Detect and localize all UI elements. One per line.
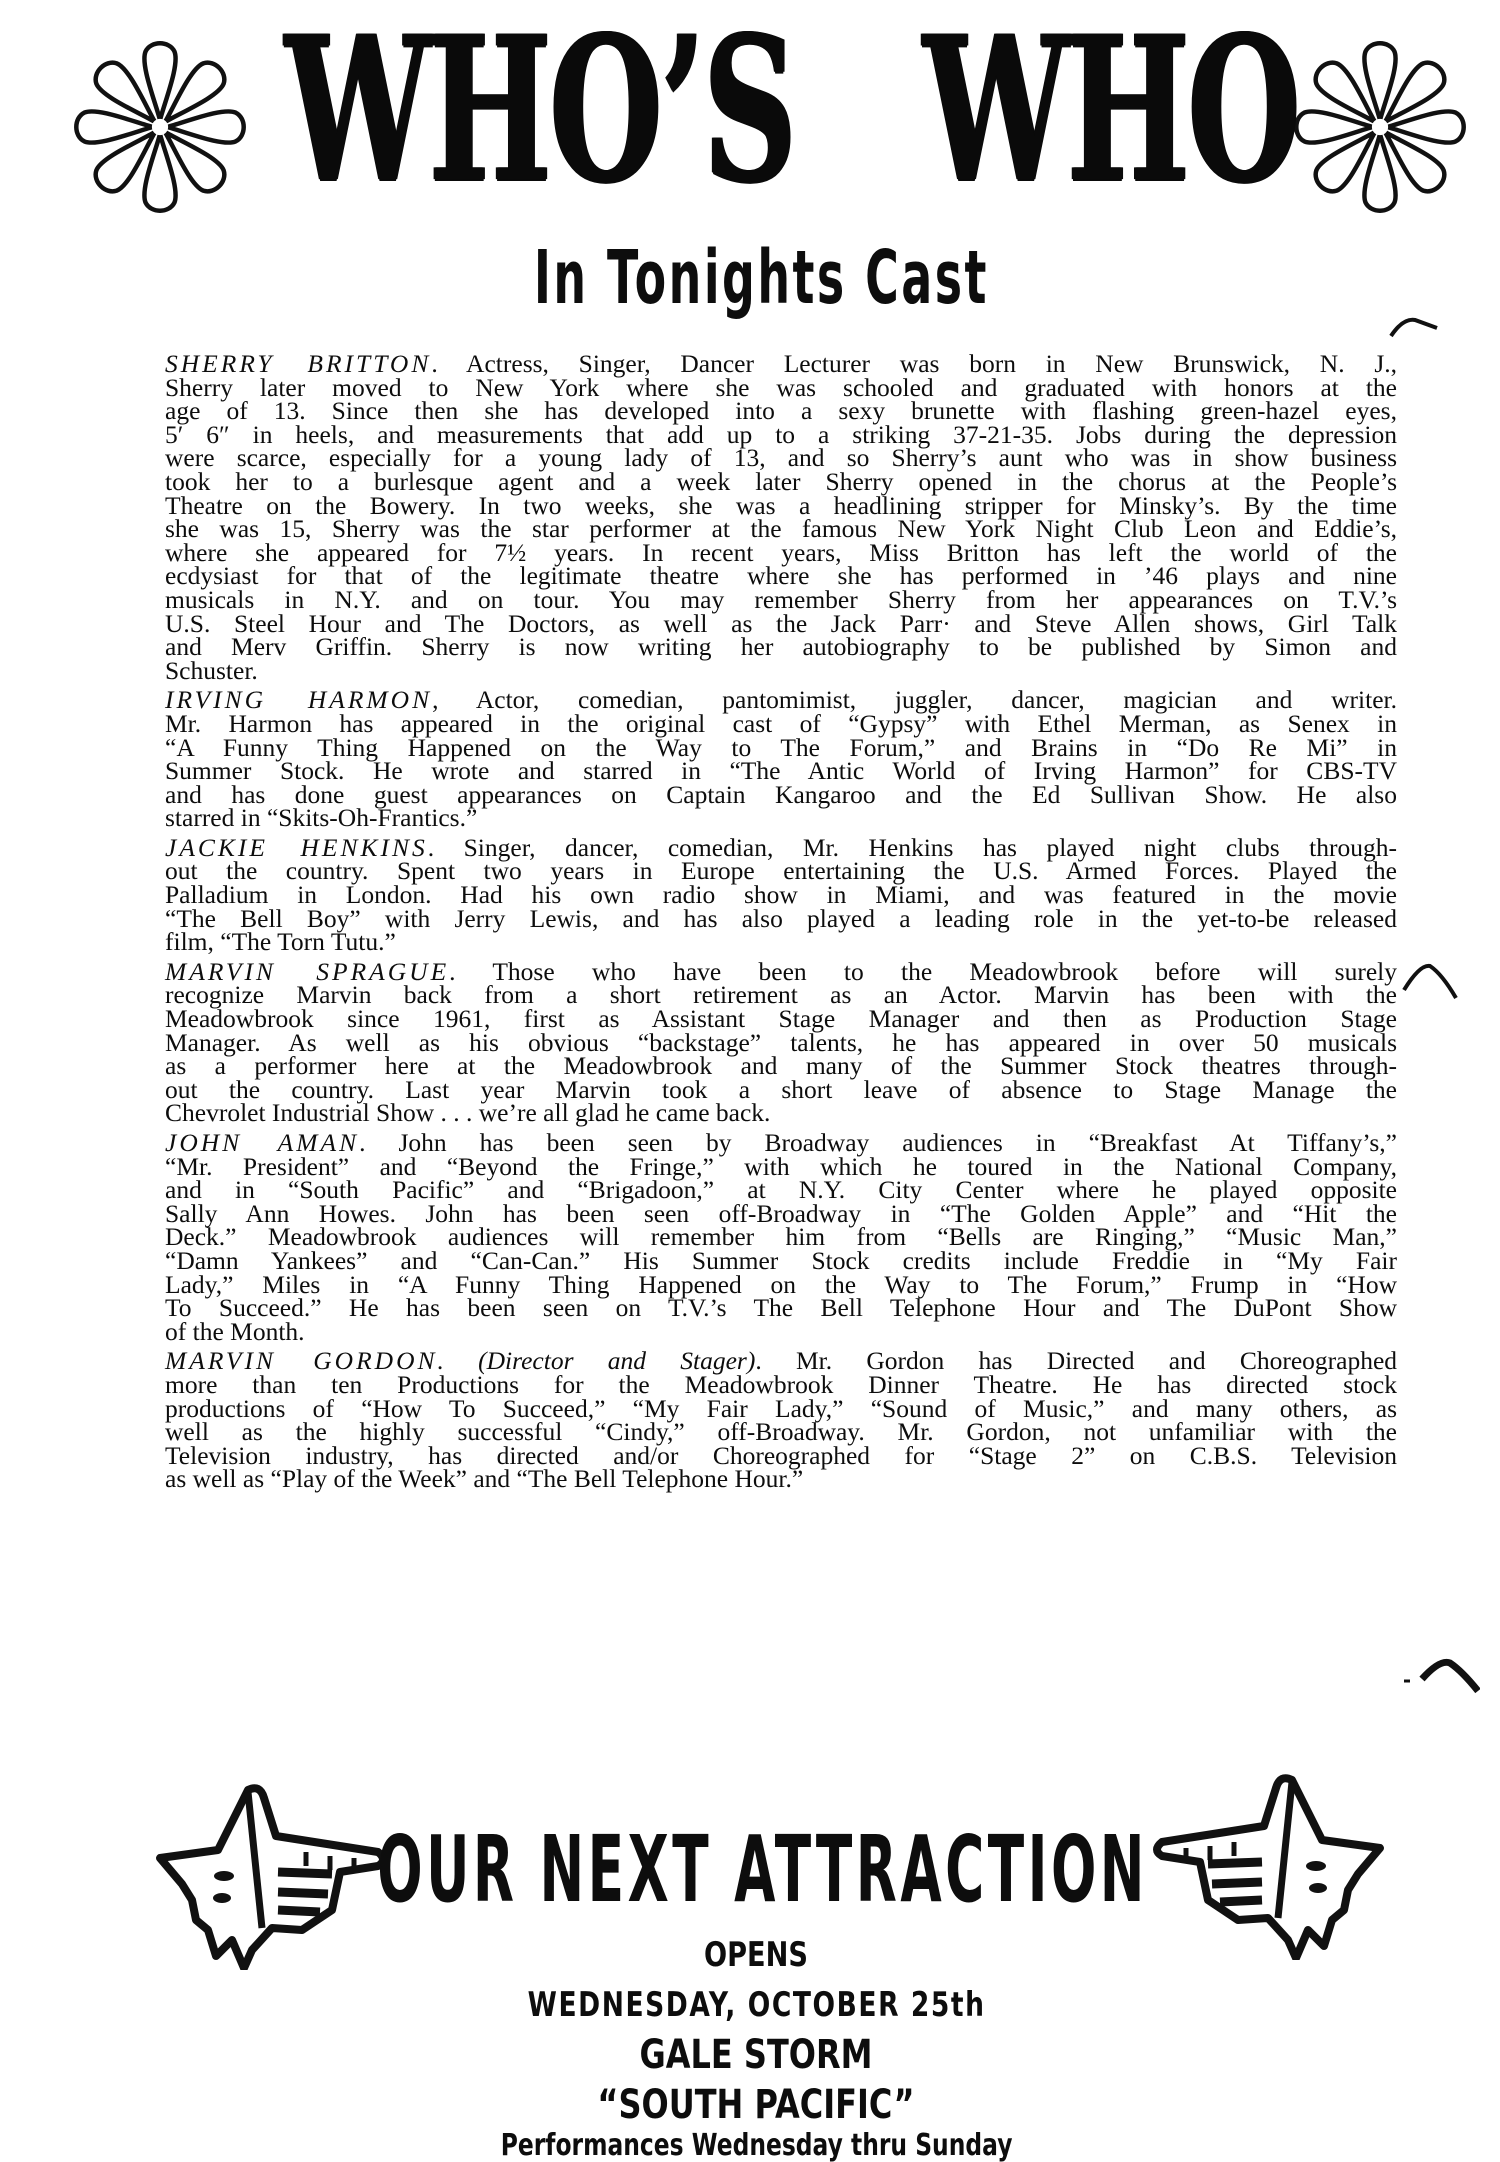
print-mark: [1385, 312, 1445, 342]
bio-line: starred in “Skits-Oh-Frantics.”: [165, 806, 1397, 830]
bio-text: as well as “Play of the Week” and “The B…: [165, 1464, 803, 1493]
star-name: GALE STORM: [156, 2032, 1356, 2078]
print-mark: [1400, 960, 1460, 1000]
bio-text: of the Month.: [165, 1317, 305, 1346]
bio-text: starred in “Skits-Oh-Frantics.”: [165, 803, 477, 832]
bio-entry: SHERRY BRITTON. Actress, Singer, Dancer …: [165, 352, 1397, 682]
bio-line: film, “The Torn Tutu.”: [165, 930, 1397, 954]
flower-icon: [70, 37, 250, 217]
bio-line: Chevrolet Industrial Show . . . we’re al…: [165, 1101, 1397, 1125]
show-title: “SOUTH PACIFIC”: [156, 2082, 1356, 2128]
next-attraction-heading: OUR NEXT ATTRACTION: [328, 1820, 1198, 1920]
bio-line: and Merv Griffin. Sherry is now writing …: [165, 635, 1397, 659]
bio-entry: JOHN AMAN. John has been seen by Broadwa…: [165, 1131, 1397, 1343]
bio-entry: JACKIE HENKINS. Singer, dancer, comedian…: [165, 836, 1397, 954]
print-mark: [1400, 1655, 1480, 1695]
bio-line: of the Month.: [165, 1320, 1397, 1344]
page-subtitle: In Tonights Cast: [296, 238, 1226, 318]
bio-text: To Succeed.” He has been seen on T.V.’s …: [165, 1293, 1397, 1322]
flower-icon: [1290, 37, 1470, 217]
bio-text: film, “The Torn Tutu.”: [165, 927, 396, 956]
bio-entry: MARVIN SPRAGUE. Those who have been to t…: [165, 960, 1397, 1125]
cast-bios: SHERRY BRITTON. Actress, Singer, Dancer …: [165, 352, 1397, 1497]
bio-text: Schuster.: [165, 656, 258, 685]
bio-text: and Merv Griffin. Sherry is now writing …: [165, 632, 1397, 661]
bio-text: Chevrolet Industrial Show . . . we’re al…: [165, 1098, 770, 1127]
bio-entry: MARVIN GORDON. (Director and Stager). Mr…: [165, 1349, 1397, 1491]
bio-line: as well as “Play of the Week” and “The B…: [165, 1467, 1397, 1491]
performance-schedule: Performances Wednesday thru Sunday: [172, 2128, 1342, 2162]
page-title: WHO’S WHO: [285, 10, 1215, 210]
bio-line: To Succeed.” He has been seen on T.V.’s …: [165, 1296, 1397, 1320]
bio-entry: IRVING HARMON, Actor, comedian, pantomim…: [165, 688, 1397, 830]
opens-label: OPENS: [156, 1935, 1356, 1975]
opening-date: WEDNESDAY, OCTOBER 25th: [172, 1985, 1342, 2025]
bio-line: Schuster.: [165, 659, 1397, 683]
